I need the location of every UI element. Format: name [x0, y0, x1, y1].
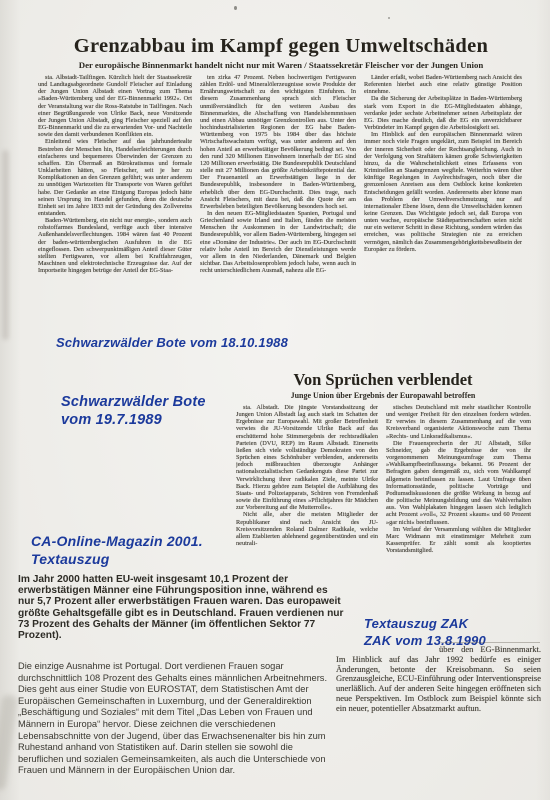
zak-clipping-text: über den EG-Binnenmarkt. Im Hinblick auf… — [336, 645, 541, 737]
source-annotation-3: CA-Online-Magazin 2001. Textauszug — [31, 532, 203, 568]
article1-column-1: sta. Albstadt-Tailfingen. Kürzlich hielt… — [38, 74, 192, 334]
article2-title: Von Sprüchen verblendet — [233, 370, 533, 389]
source-annotation-2-line1: Schwarzwälder Bote — [61, 393, 206, 411]
text-excerpt-bold: Im Jahr 2000 hatten EU-weit insgesamt 10… — [18, 574, 344, 641]
article2-subtitle: Junge Union über Ergebnis der Europawahl… — [233, 391, 533, 401]
text-excerpt-regular: Die einzige Ausnahme ist Portugal. Dort … — [18, 661, 338, 777]
source-annotation-2-line2: vom 19.7.1989 — [61, 411, 206, 429]
scan-smudge — [2, 150, 9, 340]
scan-smudge — [0, 694, 19, 790]
source-annotation-1: Schwarzwälder Bote vom 18.10.1988 — [56, 335, 288, 351]
article2-column-2: stisches Deutschland mit mehr staatliche… — [386, 404, 531, 577]
scan-speck — [388, 17, 390, 19]
article1-subtitle: Der europäische Binnenmarkt handelt nich… — [36, 60, 526, 70]
article1-column-2: ten zirka 47 Prozent. Neben hochwertigen… — [200, 74, 356, 334]
article2-column-1: sta. Albstadt. Die jüngste Vorstandssitz… — [236, 404, 378, 577]
source-annotation-4-line1: Textauszug ZAK — [364, 616, 486, 633]
source-annotation-3-line2: Textauszug — [31, 550, 203, 568]
source-annotation-2: Schwarzwälder Bote vom 19.7.1989 — [61, 393, 206, 429]
article1-title: Grenzabbau im Kampf gegen Umweltschäden — [36, 34, 526, 58]
source-annotation-3-line1: CA-Online-Magazin 2001. — [31, 532, 203, 550]
scan-speck — [234, 6, 237, 10]
scanned-document-page: Grenzabbau im Kampf gegen Umweltschäden … — [0, 0, 550, 800]
article1-column-3: Länder erfaßt, wobei Baden-Württemberg n… — [364, 74, 522, 334]
